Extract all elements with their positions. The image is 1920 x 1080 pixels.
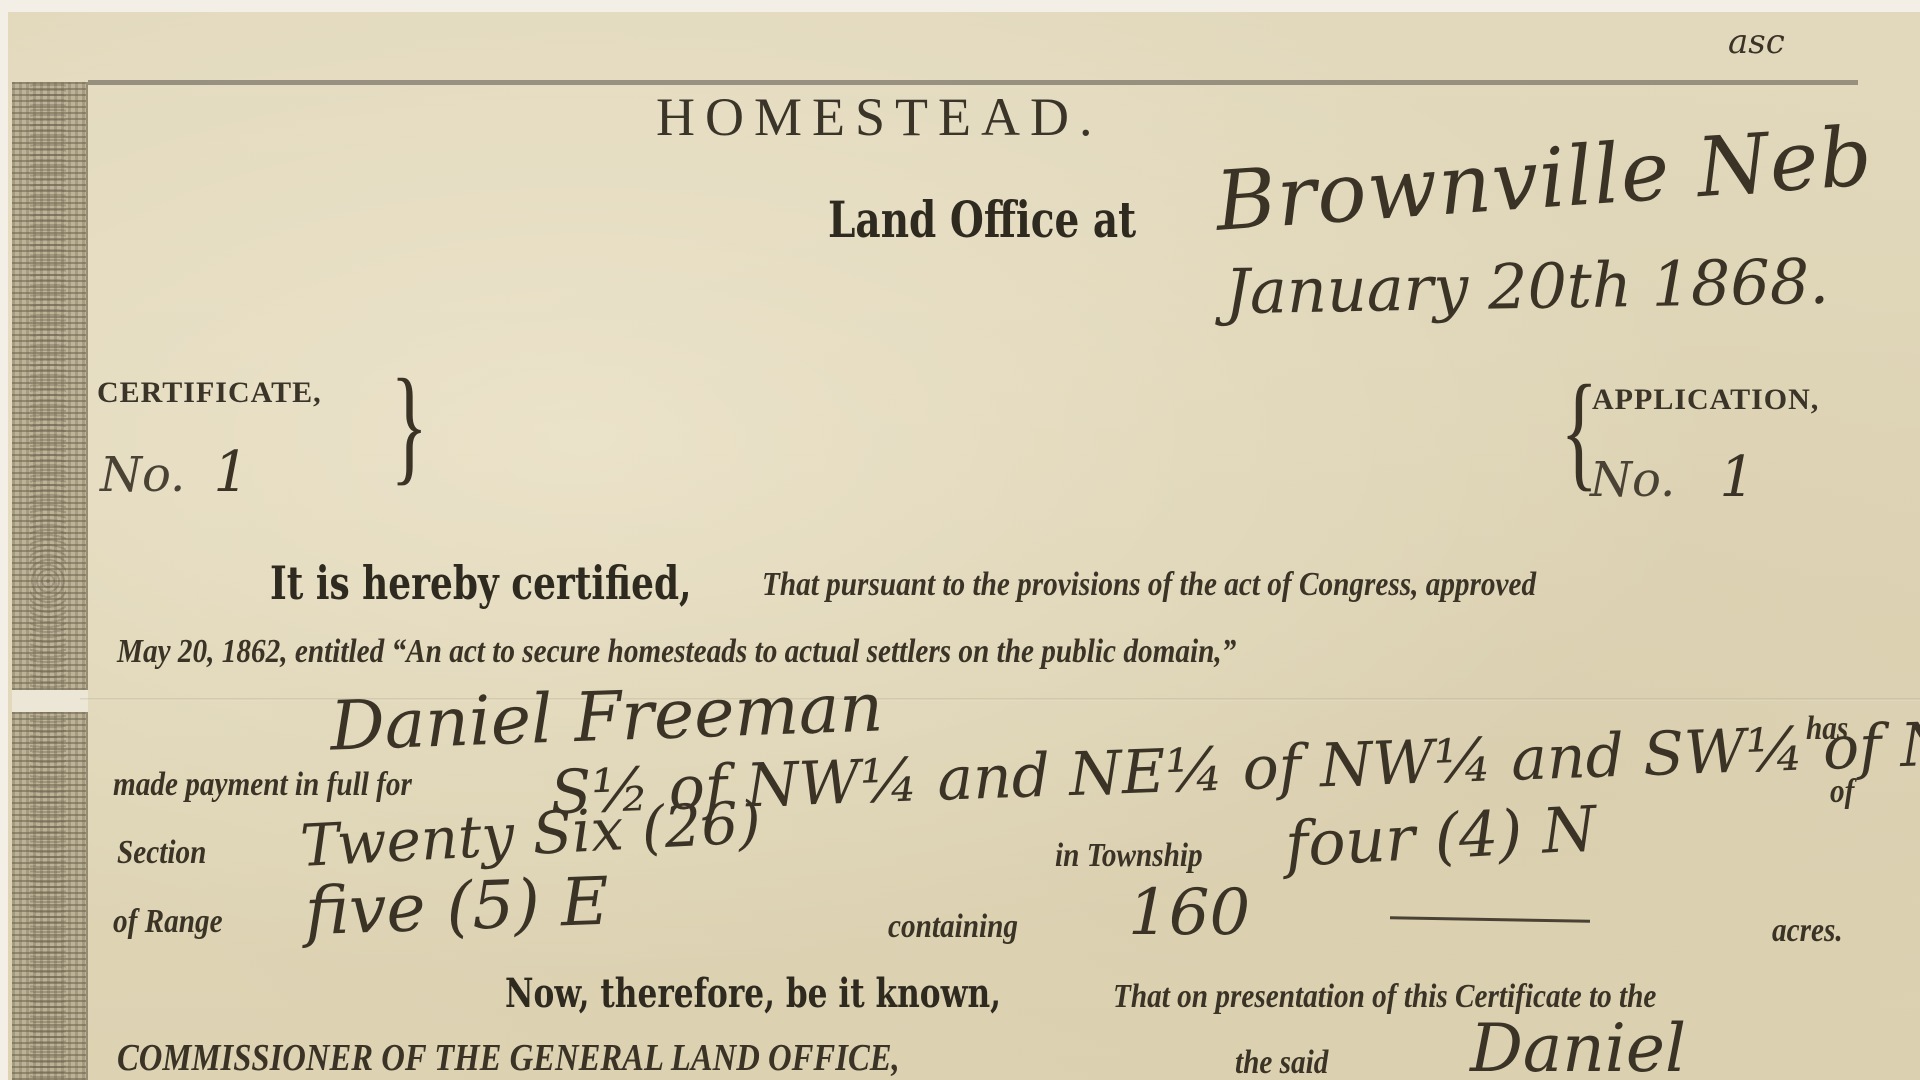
issue-date: January 20th 1868. (1224, 245, 1829, 329)
certification-text-line2: May 20, 1862, entitled “An act to secure… (117, 633, 1236, 671)
ornamental-left-border (12, 82, 88, 1080)
claimant-first-name: Daniel (1470, 1010, 1686, 1080)
range-value: five (5) E (304, 863, 611, 951)
application-number: No. 1 (1590, 445, 1755, 510)
land-office-label: Land Office at (828, 190, 1136, 249)
section-label: Section (117, 834, 206, 872)
corner-handwritten-mark: asc (1728, 22, 1785, 62)
certificate-number-value: 1 (213, 440, 249, 505)
now-therefore-lead: Now, therefore, be it known, (505, 970, 1001, 1017)
certificate-label: CERTIFICATE, (97, 376, 322, 410)
acres-value: 160 (1128, 876, 1250, 950)
range-label: of Range (113, 903, 223, 941)
application-label: APPLICATION, (1592, 383, 1819, 417)
containing-label: containing (888, 908, 1018, 946)
acres-label: acres. (1772, 912, 1843, 950)
commissioner-text: COMMISSIONER OF THE GENERAL LAND OFFICE, (117, 1036, 900, 1080)
right-brace: } (390, 350, 427, 500)
border-gap (12, 690, 88, 712)
certificate-number: No. 1 (100, 440, 249, 505)
application-number-value: 1 (1719, 445, 1755, 510)
payment-label: made payment in full for (113, 766, 412, 804)
township-label: in Township (1055, 837, 1203, 875)
certification-lead: It is hereby certified, (270, 556, 692, 610)
of-label: of (1830, 773, 1854, 811)
certificate-number-prefix: No. (100, 447, 185, 503)
border-pattern (30, 82, 66, 1080)
certification-text-line1: That pursuant to the provisions of the a… (762, 566, 1536, 604)
top-rule-line (88, 80, 1858, 85)
document-title: HOMESTEAD. (656, 86, 1103, 148)
the-said-label: the said (1235, 1044, 1328, 1080)
application-number-prefix: No. (1590, 452, 1675, 508)
